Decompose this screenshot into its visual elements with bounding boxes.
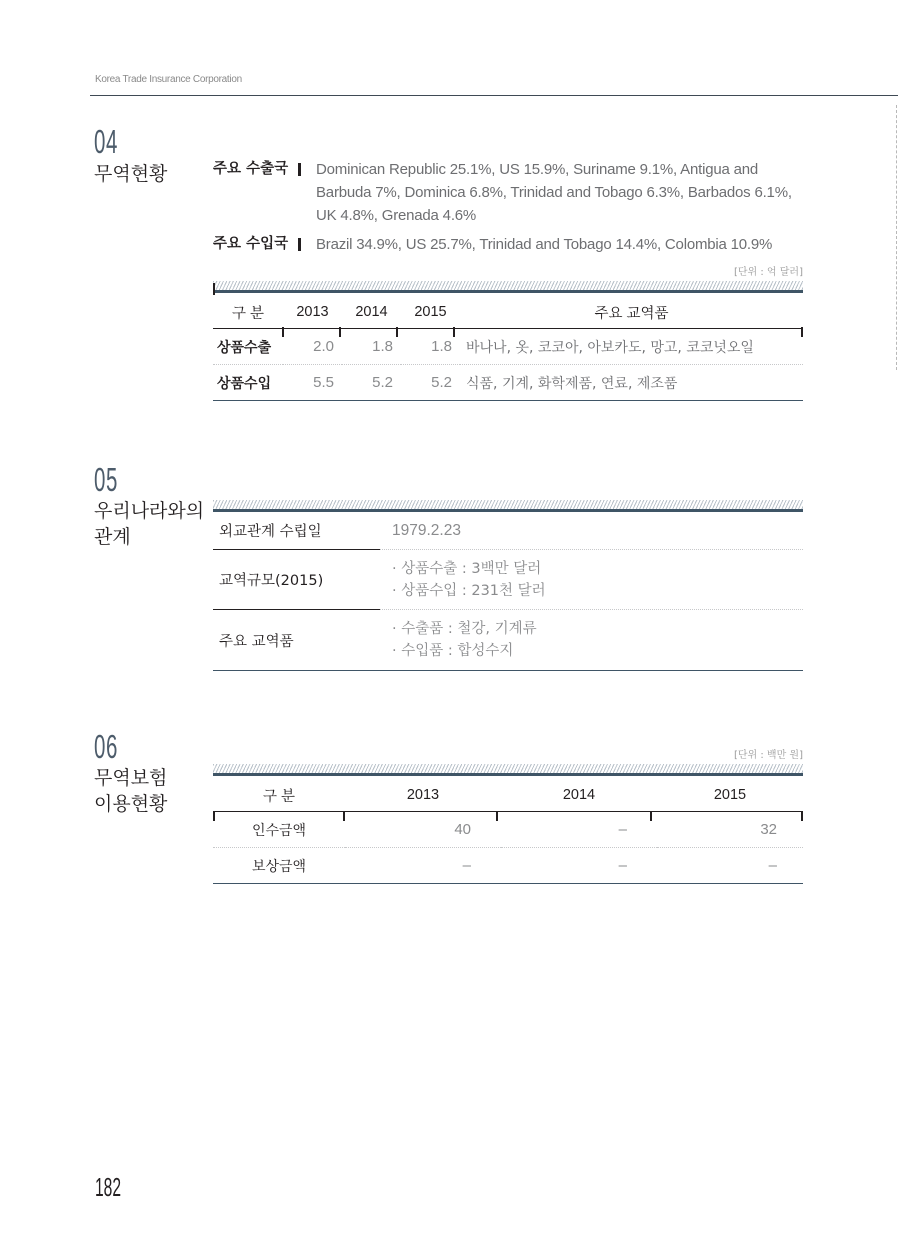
- cell-items: 식품, 기계, 화학제품, 연료, 제조품: [460, 365, 803, 401]
- import-countries: 주요 수입국 Brazil 34.9%, US 25.7%, Trinidad …: [213, 233, 804, 257]
- row-label: 보상금액: [213, 848, 345, 884]
- value-line: · 상품수입 : 231천 달러: [392, 580, 802, 602]
- cell-2013: –: [345, 848, 501, 884]
- table-row: 상품수입 5.5 5.2 5.2 식품, 기계, 화학제품, 연료, 제조품: [213, 365, 803, 401]
- unit-label: [단위 : 억 달러]: [603, 263, 803, 278]
- tick-mark: [213, 811, 215, 821]
- running-header: Korea Trade Insurance Corporation: [95, 74, 242, 85]
- row-label: 주요 교역품: [213, 610, 380, 671]
- tick-mark: [801, 327, 803, 337]
- cell-2014: 1.8: [342, 329, 401, 365]
- section-number: 04: [94, 125, 118, 158]
- cell-2015: 5.2: [401, 365, 460, 401]
- col-header: 2014: [501, 779, 657, 812]
- col-header: 2014: [342, 296, 401, 329]
- section-number: 06: [94, 730, 118, 763]
- side-tab-marker: [896, 105, 897, 370]
- cell-2014: –: [501, 848, 657, 884]
- cell-2013: 2.0: [283, 329, 342, 365]
- table-row: 외교관계 수립일 1979.2.23: [213, 512, 803, 550]
- cell-2015: 32: [657, 812, 803, 848]
- row-value: 1979.2.23: [380, 512, 803, 550]
- row-label: 상품수출: [213, 329, 283, 365]
- section-title: 이용현황: [94, 791, 167, 817]
- tick-mark: [339, 327, 341, 337]
- unit-label: [단위 : 백만 원]: [603, 746, 803, 761]
- tick-mark: [650, 811, 652, 821]
- insurance-table: 구 분 2013 2014 2015 인수금액 40 – 32 보상금액 – –…: [213, 779, 803, 884]
- cell-2015: –: [657, 848, 803, 884]
- separator-bar: [298, 163, 301, 176]
- col-header: 2015: [657, 779, 803, 812]
- separator-bar: [298, 238, 301, 251]
- row-label: 인수금액: [213, 812, 345, 848]
- section-title: 관계: [94, 524, 131, 550]
- table-row: 주요 교역품 · 수출품 : 철강, 기계류 · 수입품 : 합성수지: [213, 610, 803, 671]
- table-row: 보상금액 – – –: [213, 848, 803, 884]
- cell-2015: 1.8: [401, 329, 460, 365]
- tick-mark: [213, 283, 215, 295]
- section-title: 우리나라와의: [94, 498, 204, 524]
- cell-2014: –: [501, 812, 657, 848]
- row-value: · 수출품 : 철강, 기계류 · 수입품 : 합성수지: [380, 610, 803, 671]
- section-title: 무역현황: [94, 161, 167, 187]
- table-row: 교역규모(2015) · 상품수출 : 3백만 달러 · 상품수입 : 231천…: [213, 550, 803, 610]
- value-line: · 상품수출 : 3백만 달러: [392, 558, 802, 580]
- table-row: 인수금액 40 – 32: [213, 812, 803, 848]
- header-rule: [90, 95, 898, 96]
- import-value: Brazil 34.9%, US 25.7%, Trinidad and Tob…: [316, 233, 816, 256]
- export-countries: 주요 수출국 Dominican Republic 25.1%, US 15.9…: [213, 158, 804, 228]
- table-row: 상품수출 2.0 1.8 1.8 바나나, 옷, 코코아, 아보카도, 망고, …: [213, 329, 803, 365]
- table-top-hatch: [213, 500, 803, 512]
- tick-mark: [396, 327, 398, 337]
- col-header: 2015: [401, 296, 460, 329]
- trade-table: 구 분 2013 2014 2015 주요 교역품 상품수출 2.0 1.8 1…: [213, 296, 803, 401]
- relations-table: 외교관계 수립일 1979.2.23 교역규모(2015) · 상품수출 : 3…: [213, 512, 803, 671]
- import-label: 주요 수입국: [213, 233, 288, 256]
- tick-mark: [453, 327, 455, 337]
- col-header: 구 분: [213, 779, 345, 812]
- tick-mark: [282, 327, 284, 337]
- col-header: 2013: [345, 779, 501, 812]
- row-label: 교역규모(2015): [213, 550, 380, 610]
- tick-mark: [343, 811, 345, 821]
- row-label: 외교관계 수립일: [213, 512, 380, 550]
- export-value: Dominican Republic 25.1%, US 15.9%, Suri…: [316, 158, 804, 227]
- col-header: 2013: [283, 296, 342, 329]
- cell-2013: 5.5: [283, 365, 342, 401]
- col-header: 주요 교역품: [460, 296, 803, 329]
- page-number: 182: [95, 1172, 121, 1203]
- section-number: 05: [94, 463, 118, 496]
- row-value: · 상품수출 : 3백만 달러 · 상품수입 : 231천 달러: [380, 550, 803, 610]
- tick-mark: [496, 811, 498, 821]
- section-title: 무역보험: [94, 765, 167, 791]
- cell-2014: 5.2: [342, 365, 401, 401]
- export-label: 주요 수출국: [213, 158, 288, 181]
- value-line: · 수입품 : 합성수지: [392, 640, 802, 662]
- value-line: · 수출품 : 철강, 기계류: [392, 618, 802, 640]
- cell-2013: 40: [345, 812, 501, 848]
- col-header: 구 분: [213, 296, 283, 329]
- tick-mark: [801, 811, 803, 821]
- table-top-hatch: [213, 764, 803, 776]
- cell-items: 바나나, 옷, 코코아, 아보카도, 망고, 코코넛오일: [460, 329, 803, 365]
- row-label: 상품수입: [213, 365, 283, 401]
- table-top-hatch: [213, 281, 803, 293]
